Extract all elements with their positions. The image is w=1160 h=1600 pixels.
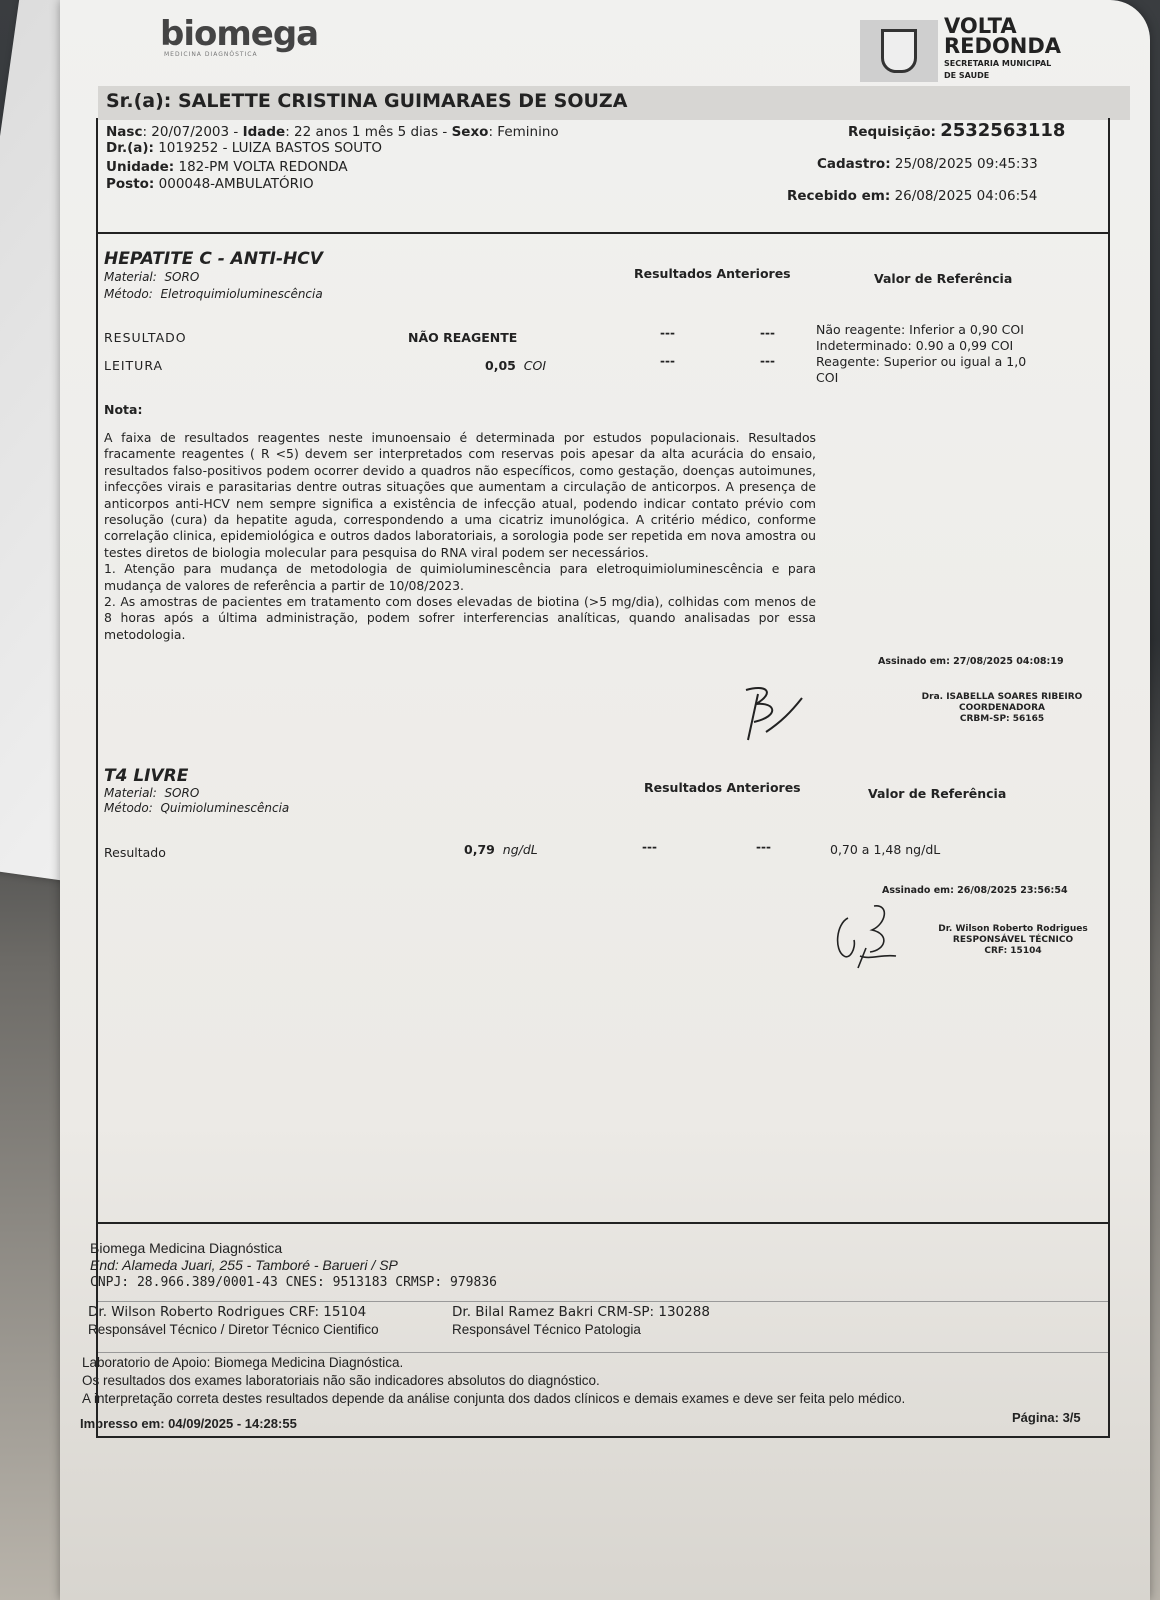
exam-title: T4 LIVRE bbox=[104, 766, 188, 786]
responsible-2: Dr. Bilal Ramez Bakri CRM-SP: 130288 Res… bbox=[452, 1304, 710, 1338]
responsible-1: Dr. Wilson Roberto Rodrigues CRF: 15104 … bbox=[88, 1304, 379, 1338]
previous-result: --- bbox=[660, 326, 675, 340]
lab-report-page: biomega MEDICINA DIAGNÓSTICA VOLTA REDON… bbox=[60, 0, 1150, 1600]
signature-icon bbox=[830, 900, 920, 970]
previous-result: --- bbox=[660, 354, 675, 368]
registration-date: Cadastro: 25/08/2025 09:45:33 bbox=[817, 156, 1038, 172]
patient-name: Sr.(a): SALETTE CRISTINA GUIMARAES DE SO… bbox=[106, 90, 627, 112]
exam-title: HEPATITE C - ANTI-HCV bbox=[104, 249, 323, 269]
reference-header: Valor de Referência bbox=[868, 786, 1006, 801]
exam-material: Material: SORO bbox=[104, 786, 199, 800]
signer-block: Dra. ISABELLA SOARES RIBEIRO COORDENADOR… bbox=[892, 692, 1112, 725]
reference-values: 0,70 a 1,48 ng/dL bbox=[830, 842, 940, 858]
printed-date: Impresso em: 04/09/2025 - 14:28:55 bbox=[80, 1416, 297, 1431]
previous-results-header: Resultados Anteriores bbox=[634, 266, 791, 281]
signed-date: Assinado em: 27/08/2025 04:08:19 bbox=[878, 656, 1064, 667]
page-number: Página: 3/5 bbox=[1012, 1410, 1081, 1425]
reference-header: Valor de Referência bbox=[874, 271, 1012, 286]
post: Posto: 000048-AMBULATÓRIO bbox=[106, 176, 314, 192]
note-label: Nota: bbox=[104, 402, 142, 417]
volta-redonda-logo: VOLTA REDONDA SECRETARIA MUNICIPAL DE SA… bbox=[944, 16, 1061, 80]
exam-note: A faixa de resultados reagentes neste im… bbox=[104, 430, 816, 643]
requisition: Requisição: 2532563118 bbox=[848, 120, 1065, 141]
reading-value: 0,05 COI bbox=[485, 358, 546, 373]
previous-results-header: Resultados Anteriores bbox=[644, 780, 801, 795]
previous-result: --- bbox=[760, 326, 775, 340]
reading-label: LEITURA bbox=[104, 358, 163, 373]
previous-result: --- bbox=[760, 354, 775, 368]
signed-date: Assinado em: 26/08/2025 23:56:54 bbox=[882, 885, 1068, 896]
lab-company-info: Biomega Medicina Diagnóstica End: Alamed… bbox=[90, 1240, 497, 1291]
result-label: RESULTADO bbox=[104, 330, 187, 345]
divider bbox=[98, 232, 1108, 234]
doctor: Dr.(a): 1019252 - LUIZA BASTOS SOUTO bbox=[106, 140, 382, 156]
signature-icon bbox=[736, 682, 806, 746]
exam-material: Material: SORO bbox=[104, 270, 199, 284]
divider bbox=[98, 1222, 1108, 1224]
biomega-logo: biomega MEDICINA DIAGNÓSTICA bbox=[160, 14, 318, 58]
previous-result: --- bbox=[756, 840, 771, 854]
city-crest-icon bbox=[860, 20, 938, 82]
received-date: Recebido em: 26/08/2025 04:06:54 bbox=[787, 188, 1037, 204]
reference-values: Não reagente: Inferior a 0,90 COI Indete… bbox=[816, 322, 1026, 386]
result-value: NÃO REAGENTE bbox=[408, 330, 517, 345]
result-value: 0,79 ng/dL bbox=[464, 842, 538, 857]
exam-method: Método: Eletroquimioluminescência bbox=[104, 287, 323, 301]
result-label: Resultado bbox=[104, 845, 166, 860]
previous-result: --- bbox=[642, 840, 657, 854]
divider bbox=[98, 1301, 1108, 1302]
exam-method: Método: Quimioluminescência bbox=[104, 801, 289, 815]
birth-age-sex: Nasc: 20/07/2003 - Idade: 22 anos 1 mês … bbox=[106, 124, 559, 140]
disclaimer: Laboratorio de Apoio: Biomega Medicina D… bbox=[82, 1354, 905, 1408]
signer-block: Dr. Wilson Roberto Rodrigues RESPONSÁVEL… bbox=[908, 924, 1118, 957]
divider bbox=[98, 1352, 1108, 1353]
unit: Unidade: 182-PM VOLTA REDONDA bbox=[106, 159, 348, 175]
